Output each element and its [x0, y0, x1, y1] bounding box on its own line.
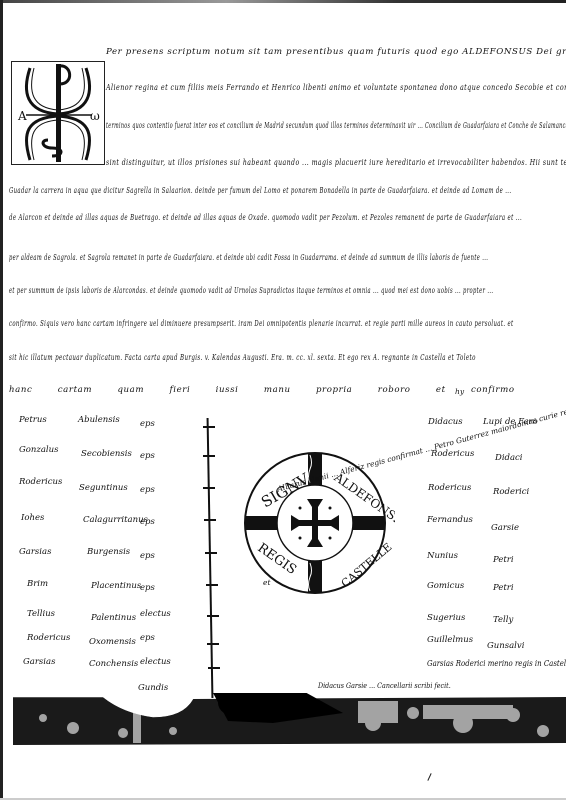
svg-text:ω: ω — [90, 109, 100, 123]
charter-line-1-text: Per presens scriptum notum sit tam prese… — [106, 47, 566, 57]
charter-line-4-text: sint distinguitur, ut illos prisiones su… — [106, 158, 566, 168]
witness-see: Seguntinus — [79, 483, 128, 493]
witness-left-1: Petrus — [19, 415, 47, 425]
chancellor-line: Didacus Garsie ... Cancellarii scribi fe… — [318, 681, 451, 690]
witness-right-surname: Lupi de Faro — [483, 417, 538, 427]
rule-tick — [208, 667, 220, 669]
rule-tick — [203, 455, 215, 457]
witness-see: Abulensis — [78, 415, 120, 425]
witness-title: eps — [140, 583, 155, 593]
charter-line-7-text: per aldeam de Sagrola. et Sagrola remane… — [9, 253, 488, 263]
witness-title: eps — [140, 485, 155, 495]
illuminated-initial: A ω — [11, 61, 105, 165]
charter-line-10-text: sit hic illatum pectauar duplicatum. Fac… — [9, 353, 476, 363]
witness-title: eps — [140, 451, 155, 461]
charter-line-5: Guadar la carrera in aqua que dicitur Sa… — [9, 186, 511, 196]
witness-see: Burgensis — [87, 547, 130, 557]
rule-tick — [205, 552, 217, 554]
witness-see: Conchensis — [89, 659, 138, 669]
charter-line-3-text: terminos quos contentio fuerat inter eos… — [106, 121, 566, 131]
witness-right-7: Sugerius — [427, 613, 465, 623]
witness-right-2: Rodericus — [431, 449, 474, 459]
witness-right-9: Garsias Roderici merino regis in Castell… — [427, 659, 566, 669]
witness-left-10: Gundis — [138, 683, 168, 693]
charter-line-1: Per presens scriptum notum sit tam prese… — [106, 47, 566, 57]
charter-line-7: per aldeam de Sagrola. et Sagrola remane… — [9, 253, 488, 263]
confirmation-rule — [207, 418, 213, 698]
witness-left-8: Rodericus — [27, 633, 70, 643]
witness-right-surname: Didaci — [495, 453, 523, 463]
witness-see: Placentinus — [91, 581, 141, 591]
witness-left-5: Garsias — [19, 547, 51, 557]
witness-see: Calagurritanus — [83, 515, 148, 525]
witness-see: Secobiensis — [81, 449, 132, 459]
rule-tick — [207, 643, 219, 645]
right-column-note: hy — [455, 387, 464, 396]
witness-see: Palentinus — [91, 613, 136, 623]
witness-right-4: Fernandus — [427, 515, 473, 525]
witness-right-surname: Gunsalvi — [487, 641, 524, 651]
charter-line-6: de Alarcon et deinde ad illas aquas de B… — [9, 213, 522, 223]
charter-line-8-text: et per summum de ipsis laboris de Alarco… — [9, 286, 493, 296]
witness-title: eps — [140, 419, 155, 429]
rule-tick — [204, 519, 216, 521]
witness-left-4: Iohes — [21, 513, 44, 523]
witness-right-surname: Roderici — [493, 487, 529, 497]
charter-line-2-text: Alienor regina et cum filiis meis Ferran… — [106, 83, 566, 93]
charter-line-9-text: confirmo. Siquis vero hanc cartam infrin… — [9, 319, 514, 329]
charter-line-9: confirmo. Siquis vero hanc cartam infrin… — [9, 319, 514, 329]
witness-left-2: Gonzalus — [19, 445, 58, 455]
witness-title: electus — [140, 657, 171, 667]
damaged-lower-edge — [13, 693, 566, 753]
charter-line-10: sit hic illatum pectauar duplicatum. Fac… — [9, 353, 476, 363]
charter-line-11: hanc cartam quam fieri iussi manu propri… — [9, 385, 515, 395]
charter-line-4: sint distinguitur, ut illos prisiones su… — [106, 158, 566, 168]
witness-right-surname: Petri — [493, 555, 514, 565]
rule-tick — [203, 487, 215, 489]
initial-p-omega-icon: A ω — [12, 62, 104, 164]
witness-right-surname: Garsie — [491, 523, 519, 533]
rule-tick — [206, 584, 218, 586]
charter-line-2: Alienor regina et cum filiis meis Ferran… — [106, 83, 566, 93]
rule-tick — [207, 615, 219, 617]
witness-right-8: Guillelmus — [427, 635, 473, 645]
witness-title: eps — [140, 517, 155, 527]
seal-confirm-mark: et — [263, 578, 270, 587]
svg-text:A: A — [17, 109, 27, 123]
witness-right-surname: Telly — [493, 615, 513, 625]
seal-surrounding-text: Aluarus Nunii ... Alferiz regis confirma… — [276, 385, 566, 493]
witness-title: eps — [140, 633, 155, 643]
witness-left-9: Garsias — [23, 657, 55, 667]
witness-right-3: Rodericus — [428, 483, 471, 493]
witness-right-1: Didacus — [428, 417, 463, 427]
witness-name: Garsias Roderici — [427, 659, 486, 669]
witness-right-5: Nunius — [427, 551, 458, 561]
charter-line-11-text: hanc cartam quam fieri iussi manu propri… — [9, 385, 515, 395]
witness-left-6: Brim — [27, 579, 48, 589]
stray-mark — [427, 773, 431, 781]
charter-line-3: terminos quos contentio fuerat inter eos… — [106, 121, 566, 131]
rule-tick — [203, 426, 215, 428]
witness-right-surname: merino regis in Castella — [488, 659, 566, 669]
witness-left-7: Tellius — [27, 609, 55, 619]
witness-name: Petrus — [19, 415, 47, 425]
charter-line-6-text: de Alarcon et deinde ad illas aquas de B… — [9, 213, 522, 223]
charter-line-5-text: Guadar la carrera in aqua que dicitur Sa… — [9, 186, 511, 196]
witness-right-surname: Petri — [493, 583, 514, 593]
charter-parchment: A ω Per presens scriptum notum sit tam p… — [3, 3, 566, 798]
witness-right-6: Gomicus — [427, 581, 464, 591]
witness-title: electus — [140, 609, 171, 619]
ink-stain-damage-icon — [13, 693, 566, 753]
witness-title: eps — [140, 551, 155, 561]
witness-left-3: Rodericus — [19, 477, 62, 487]
charter-line-8: et per summum de ipsis laboris de Alarco… — [9, 286, 493, 296]
witness-see: Oxomensis — [89, 637, 136, 647]
